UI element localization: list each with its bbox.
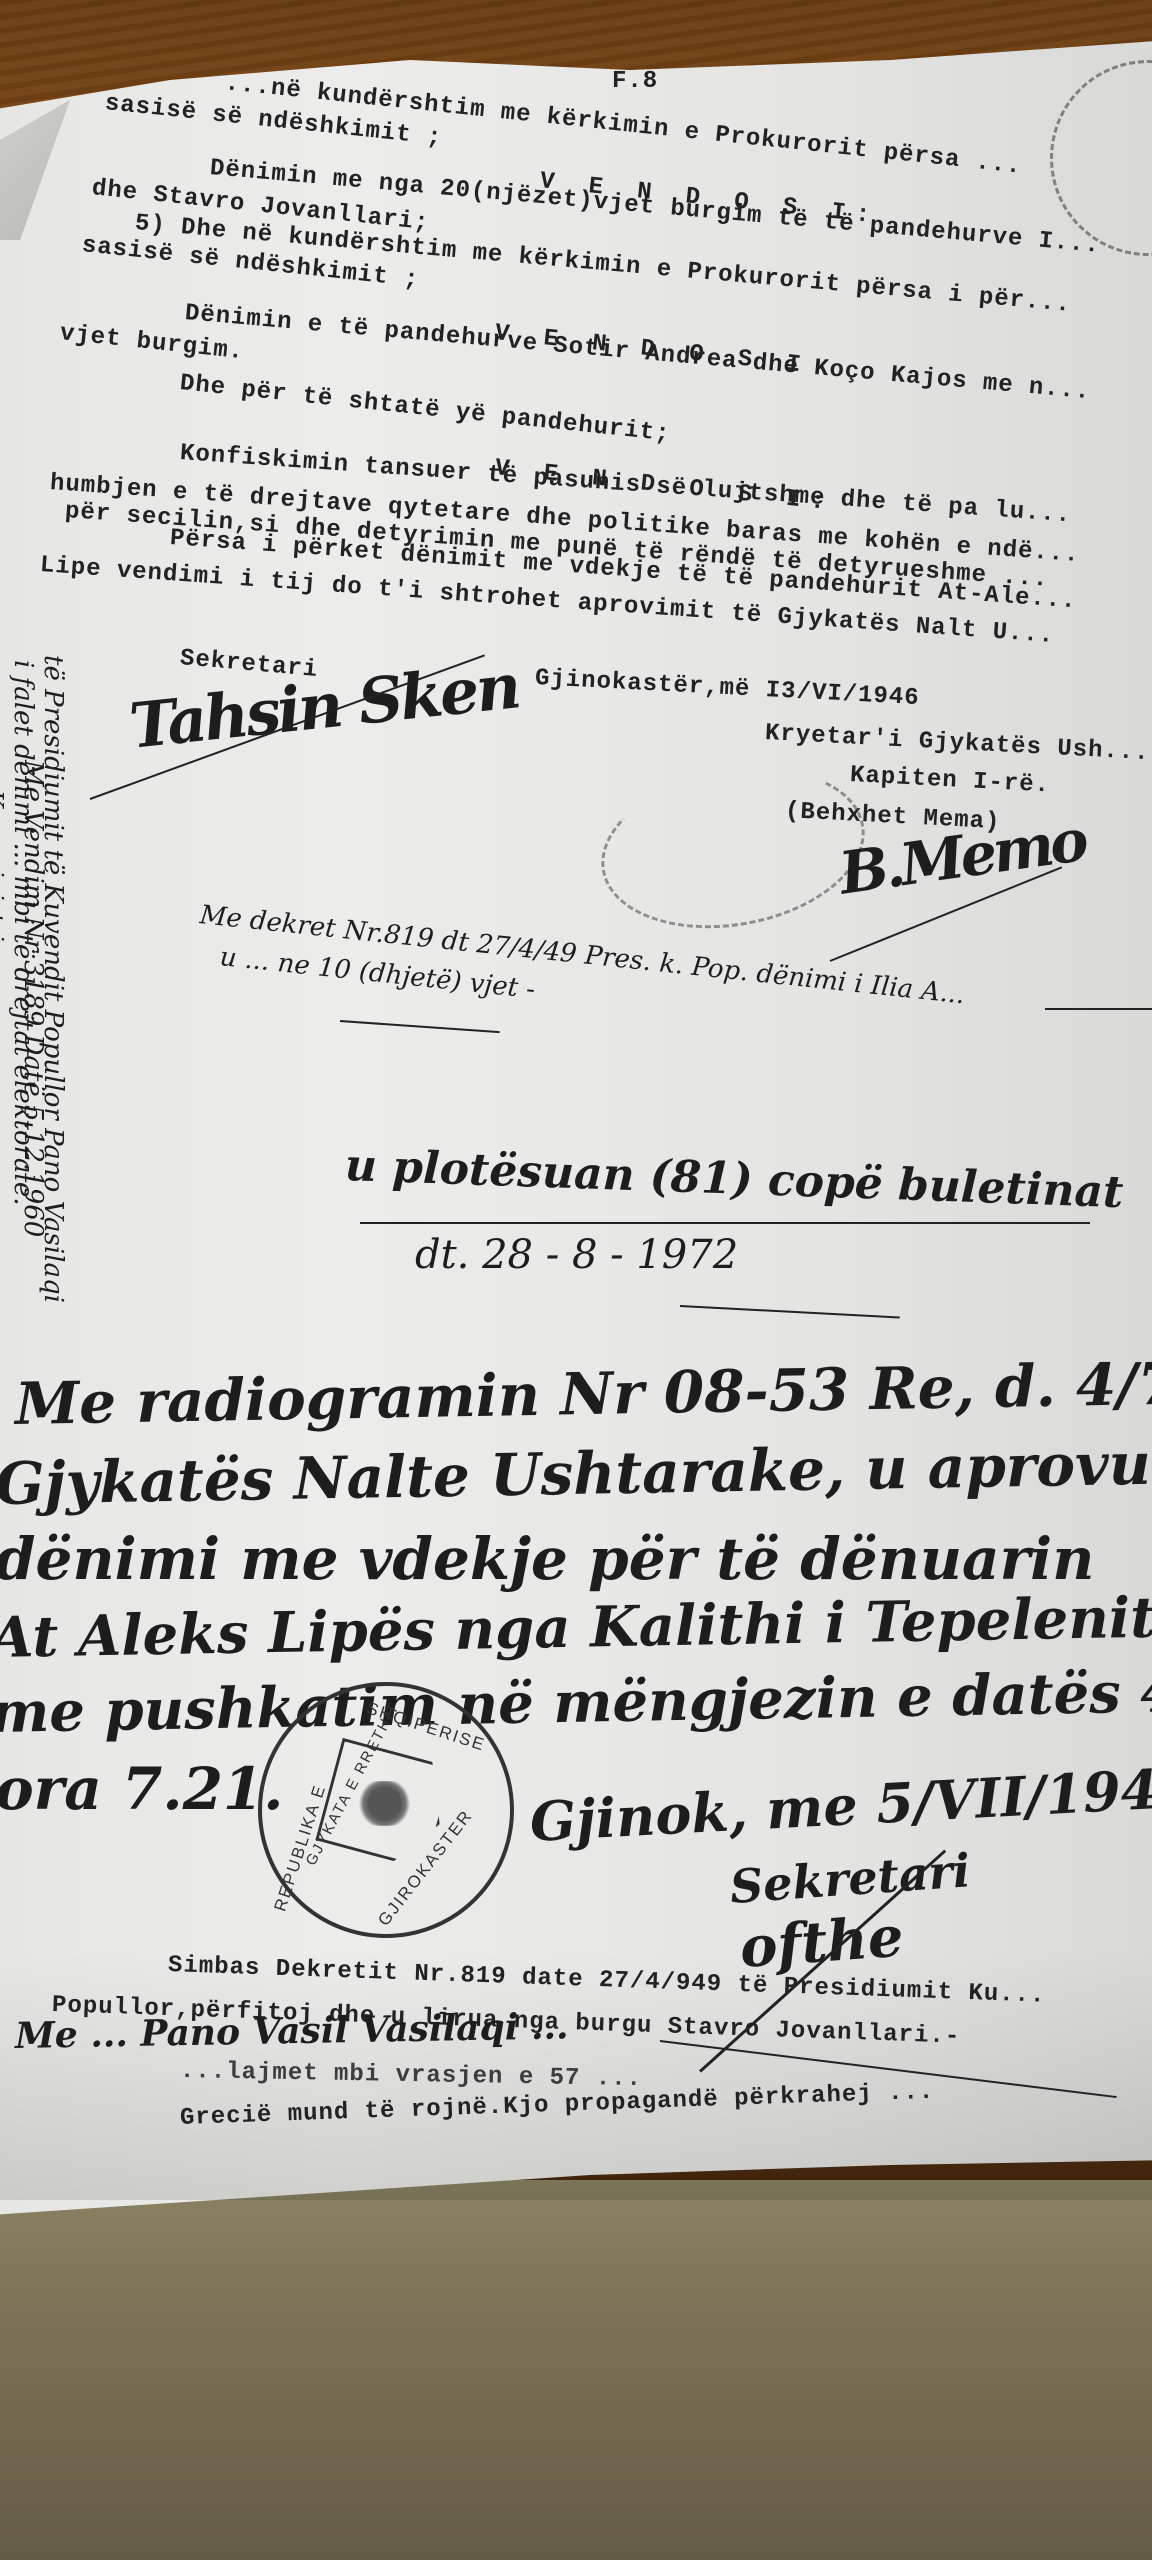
radiogram-line-6: ora 7.21.	[0, 1755, 283, 1823]
footer-line-3: ...lajmet mbi vrasjen e 57 ...	[180, 2058, 642, 2093]
faded-stamp-middle	[588, 748, 877, 948]
secretary-signature-2: ofthe	[738, 1904, 906, 1981]
margin-note-line-3: i falet dënimi ... mbi të drejtat elekto…	[8, 660, 38, 1206]
date-flourish	[680, 1305, 900, 1319]
completed-note-rule	[360, 1222, 1090, 1224]
radiogram-line-1: Me radiogramin Nr 08-53 Re, d. 4/7/1946 …	[14, 1345, 1152, 1438]
margin-note-line-4: Kryeministri	[0, 790, 8, 942]
handwritten-secretary-label: Sekretari	[728, 1843, 972, 1914]
handwritten-place-date: Gjinok, me 5/VII/1946	[528, 1755, 1152, 1854]
eagle-emblem-icon	[357, 1781, 412, 1826]
president-title: Kryetar'i Gjykatës Ush...	[764, 720, 1150, 767]
radiogram-line-3: dënimi me vdekje për të dënuarin	[0, 1525, 1094, 1593]
completed-note: u plotësuan (81) copë buletinat	[344, 1140, 1124, 1218]
faded-stamp-top-right	[1050, 60, 1152, 256]
page-number: F.8	[612, 68, 658, 95]
radiogram-line-2: Gjykatës Nalte Ushtarake, u aprovua	[0, 1429, 1152, 1518]
radiogram-line-5: me pushkatim në mëngjezin e datës 4/VII/…	[0, 1654, 1152, 1746]
margin-note-line-2: të Presidiumit të Kuvendit Popullor Pano…	[38, 655, 68, 1303]
typed-line-10: Dhe për të shtatë yë pandehurit;	[179, 370, 672, 448]
document-content: ...në kundërshtim me kërkimin e Prokuror…	[0, 0, 1152, 2560]
place-and-date: Gjinokastër,më I3/VI/1946	[534, 665, 920, 712]
completed-date: dt. 28 - 8 - 1972	[415, 1232, 738, 1278]
decree-underline	[340, 1020, 500, 1033]
president-rank: Kapiten I-rë.	[849, 762, 1050, 799]
bottom-handwritten-note: Me ... Pano Vasil Vasilaqi ...	[15, 2005, 569, 2057]
name-underline	[1045, 1008, 1152, 1010]
court-seal: SHQIPERISE REPUBLIKA E GJYKATA E RRETHIT…	[258, 1682, 514, 1938]
